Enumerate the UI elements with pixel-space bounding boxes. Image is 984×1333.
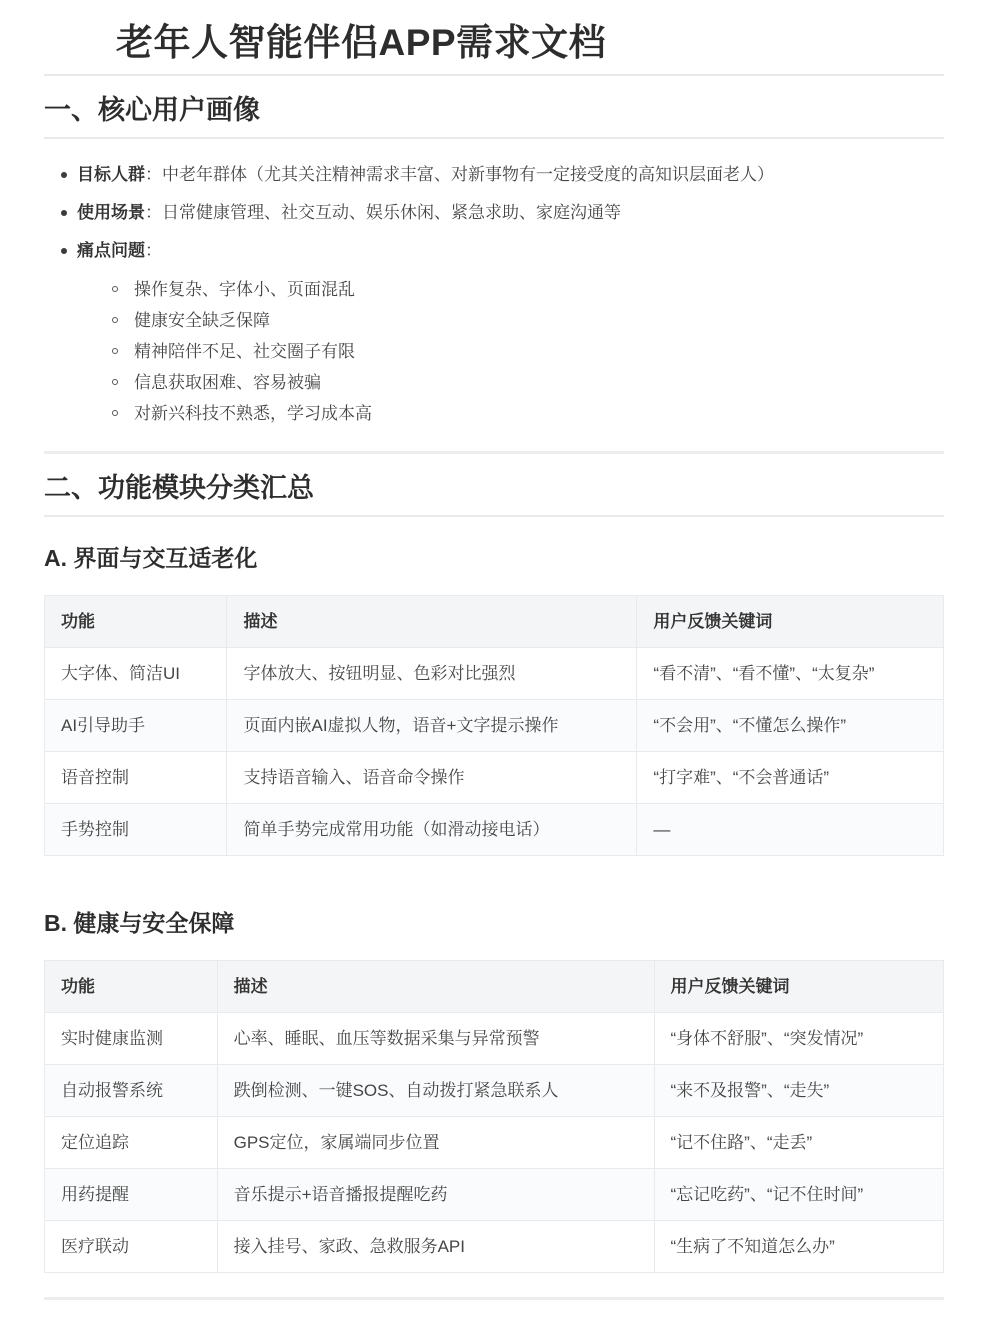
table-row: 大字体、简洁UI 字体放大、按钮明显、色彩对比强烈 “看不清”、“看不懂”、“太… xyxy=(45,648,944,700)
cell-keywords: “忘记吃药”、“记不住时间” xyxy=(654,1169,944,1221)
cell-description: 简单手势完成常用功能（如滑动接电话） xyxy=(227,804,637,856)
pain-point-text: 操作复杂、字体小、页面混乱 xyxy=(134,280,355,299)
section-divider xyxy=(44,451,944,454)
bullet-dot-icon xyxy=(61,172,67,178)
section-heading-modules: 二、功能模块分类汇总 xyxy=(44,470,944,517)
cell-keywords: “打字难”、“不会普通话” xyxy=(637,752,944,804)
list-item-label: 使用场景 xyxy=(77,203,145,222)
bullet-dot-icon xyxy=(61,210,67,216)
pain-point-text: 信息获取困难、容易被骗 xyxy=(134,373,321,392)
cell-description: 接入挂号、家政、急救服务API xyxy=(217,1221,654,1273)
col-header-feature: 功能 xyxy=(45,596,227,648)
cell-feature: 定位追踪 xyxy=(45,1117,218,1169)
list-item-target-users: 目标人群：中老年群体（尤其关注精神需求丰富、对新事物有一定接受度的高知识层面老人… xyxy=(44,163,944,187)
table-row: 用药提醒 音乐提示+语音播报提醒吃药 “忘记吃药”、“记不住时间” xyxy=(45,1169,944,1221)
bottom-divider xyxy=(44,1297,944,1300)
cell-description: 支持语音输入、语音命令操作 xyxy=(227,752,637,804)
table-row: 实时健康监测 心率、睡眠、血压等数据采集与异常预警 “身体不舒服”、“突发情况” xyxy=(45,1013,944,1065)
pain-point-text: 对新兴科技不熟悉，学习成本高 xyxy=(134,404,372,423)
table-row: AI引导助手 页面内嵌AI虚拟人物，语音+文字提示操作 “不会用”、“不懂怎么操… xyxy=(45,700,944,752)
bullet-circle-icon xyxy=(112,379,118,385)
cell-keywords: “记不住路”、“走丢” xyxy=(654,1117,944,1169)
table-row: 手势控制 简单手势完成常用功能（如滑动接电话） — xyxy=(45,804,944,856)
subsection-heading-health-safety: B. 健康与安全保障 xyxy=(44,908,944,938)
pain-point-item: 操作复杂、字体小、页面混乱 xyxy=(110,279,944,301)
cell-feature: 实时健康监测 xyxy=(45,1013,218,1065)
pain-point-item: 精神陪伴不足、社交圈子有限 xyxy=(110,341,944,363)
title-divider xyxy=(44,74,944,76)
list-item-label: 痛点问题 xyxy=(77,241,145,260)
list-item-usage-scenarios: 使用场景：日常健康管理、社交互动、娱乐休闲、紧急求助、家庭沟通等 xyxy=(44,201,944,225)
cell-description: 音乐提示+语音播报提醒吃药 xyxy=(217,1169,654,1221)
cell-keywords: “不会用”、“不懂怎么操作” xyxy=(637,700,944,752)
bullet-circle-icon xyxy=(112,410,118,416)
cell-keywords: “生病了不知道怎么办” xyxy=(654,1221,944,1273)
bullet-dot-icon xyxy=(61,248,67,254)
table-ui-aging: 功能 描述 用户反馈关键词 大字体、简洁UI 字体放大、按钮明显、色彩对比强烈 … xyxy=(44,595,944,856)
table-header-row: 功能 描述 用户反馈关键词 xyxy=(45,961,944,1013)
subsection-heading-ui-aging: A. 界面与交互适老化 xyxy=(44,543,944,573)
cell-description: 心率、睡眠、血压等数据采集与异常预警 xyxy=(217,1013,654,1065)
bullet-circle-icon xyxy=(112,286,118,292)
col-header-keywords: 用户反馈关键词 xyxy=(654,961,944,1013)
col-header-feature: 功能 xyxy=(45,961,218,1013)
cell-feature: 大字体、简洁UI xyxy=(45,648,227,700)
table-row: 自动报警系统 跌倒检测、一键SOS、自动拨打紧急联系人 “来不及报警”、“走失” xyxy=(45,1065,944,1117)
section-heading-user-profile: 一、核心用户画像 xyxy=(44,92,944,139)
cell-feature: 自动报警系统 xyxy=(45,1065,218,1117)
table-header-row: 功能 描述 用户反馈关键词 xyxy=(45,596,944,648)
table-row: 医疗联动 接入挂号、家政、急救服务API “生病了不知道怎么办” xyxy=(45,1221,944,1273)
pain-point-item: 对新兴科技不熟悉，学习成本高 xyxy=(110,403,944,425)
list-item-text: ：日常健康管理、社交互动、娱乐休闲、紧急求助、家庭沟通等 xyxy=(145,203,621,222)
user-profile-list: 目标人群：中老年群体（尤其关注精神需求丰富、对新事物有一定接受度的高知识层面老人… xyxy=(44,163,944,425)
list-item-text: ：中老年群体（尤其关注精神需求丰富、对新事物有一定接受度的高知识层面老人） xyxy=(145,165,774,184)
pain-point-item: 信息获取困难、容易被骗 xyxy=(110,372,944,394)
cell-keywords: “看不清”、“看不懂”、“太复杂” xyxy=(637,648,944,700)
pain-points-list: 操作复杂、字体小、页面混乱 健康安全缺乏保障 精神陪伴不足、社交圈子有限 信息获… xyxy=(110,279,944,425)
cell-feature: AI引导助手 xyxy=(45,700,227,752)
document-title: 老年人智能伴侣APP需求文档 xyxy=(116,20,944,66)
cell-keywords: “来不及报警”、“走失” xyxy=(654,1065,944,1117)
pain-point-text: 精神陪伴不足、社交圈子有限 xyxy=(134,342,355,361)
cell-description: 跌倒检测、一键SOS、自动拨打紧急联系人 xyxy=(217,1065,654,1117)
col-header-description: 描述 xyxy=(227,596,637,648)
pain-point-text: 健康安全缺乏保障 xyxy=(134,311,270,330)
cell-feature: 语音控制 xyxy=(45,752,227,804)
col-header-keywords: 用户反馈关键词 xyxy=(637,596,944,648)
list-item-pain-points: 痛点问题： 操作复杂、字体小、页面混乱 健康安全缺乏保障 精神陪伴不足、社交圈子… xyxy=(44,239,944,425)
cell-keywords: — xyxy=(637,804,944,856)
cell-feature: 手势控制 xyxy=(45,804,227,856)
cell-description: 字体放大、按钮明显、色彩对比强烈 xyxy=(227,648,637,700)
cell-feature: 用药提醒 xyxy=(45,1169,218,1221)
cell-description: 页面内嵌AI虚拟人物，语音+文字提示操作 xyxy=(227,700,637,752)
bullet-circle-icon xyxy=(112,317,118,323)
list-item-text: ： xyxy=(145,241,162,260)
pain-point-item: 健康安全缺乏保障 xyxy=(110,310,944,332)
list-item-label: 目标人群 xyxy=(77,165,145,184)
cell-feature: 医疗联动 xyxy=(45,1221,218,1273)
table-row: 定位追踪 GPS定位，家属端同步位置 “记不住路”、“走丢” xyxy=(45,1117,944,1169)
cell-description: GPS定位，家属端同步位置 xyxy=(217,1117,654,1169)
document-page: 老年人智能伴侣APP需求文档 一、核心用户画像 目标人群：中老年群体（尤其关注精… xyxy=(0,0,984,1300)
cell-keywords: “身体不舒服”、“突发情况” xyxy=(654,1013,944,1065)
table-health-safety: 功能 描述 用户反馈关键词 实时健康监测 心率、睡眠、血压等数据采集与异常预警 … xyxy=(44,960,944,1273)
table-row: 语音控制 支持语音输入、语音命令操作 “打字难”、“不会普通话” xyxy=(45,752,944,804)
col-header-description: 描述 xyxy=(217,961,654,1013)
bullet-circle-icon xyxy=(112,348,118,354)
